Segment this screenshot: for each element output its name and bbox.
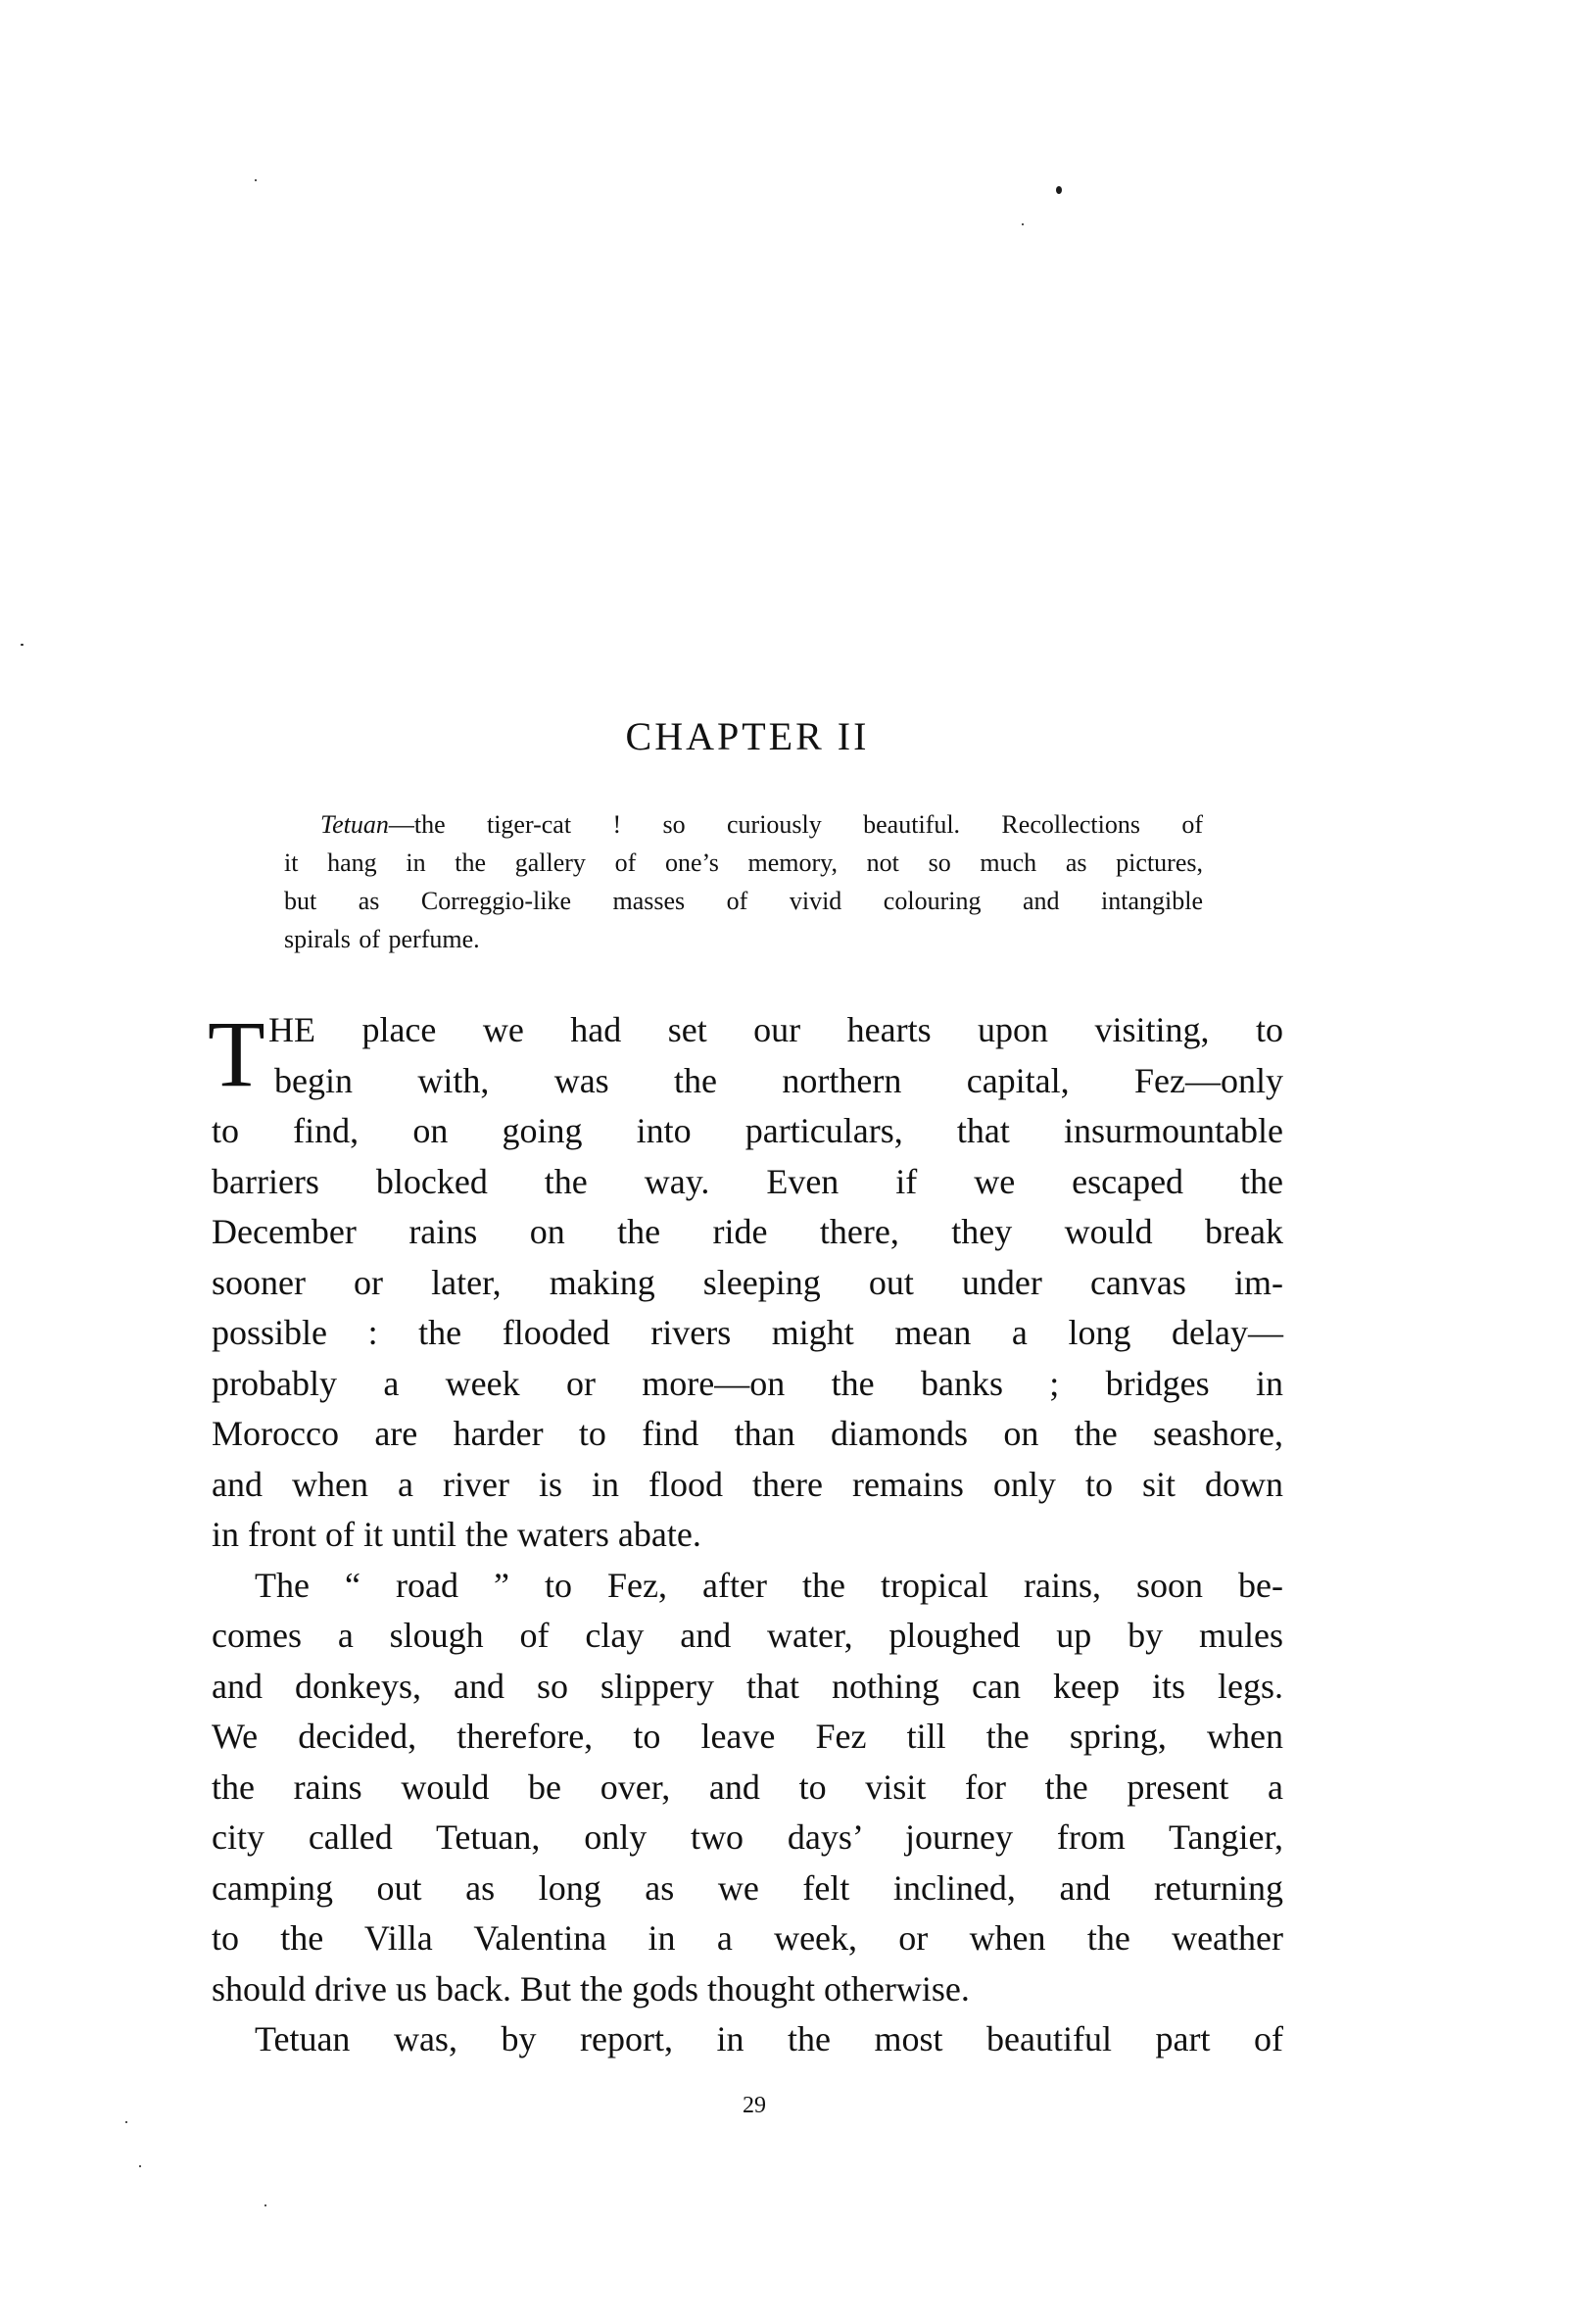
book-page: CHAPTER II Tetuan—the tiger-cat ! so cur… [0, 0, 1584, 2324]
scan-speck [1022, 223, 1024, 225]
body-line: camping out as long as we felt inclined,… [212, 1864, 1283, 1914]
epigraph-line-text: —the tiger-cat ! so curiously beautiful.… [389, 810, 1203, 839]
body-line: The “ road ” to Fez, after the tropical … [212, 1561, 1283, 1612]
scan-speck [21, 644, 24, 646]
body-line: begin with, was the northern capital, Fe… [212, 1056, 1283, 1107]
body-line: probably a week or more—on the banks ; b… [212, 1359, 1283, 1410]
body-line: HE place we had set our hearts upon visi… [212, 1005, 1283, 1056]
scan-speck [1056, 186, 1062, 194]
scan-speck [125, 2121, 127, 2123]
body-line: and when a river is in flood there remai… [212, 1460, 1283, 1511]
chapter-epigraph: Tetuan—the tiger-cat ! so curiously beau… [284, 805, 1203, 958]
epigraph-line: spirals of perfume. [284, 920, 1203, 958]
body-text: T HE place we had set our hearts upon vi… [212, 1005, 1283, 2065]
epigraph-line: but as Correggio-like masses of vivid co… [284, 882, 1203, 920]
scan-speck [264, 2204, 266, 2206]
body-line: sooner or later, making sleeping out und… [212, 1258, 1283, 1309]
body-line: Tetuan was, by report, in the most beaut… [212, 2014, 1283, 2065]
body-line: should drive us back. But the gods thoug… [212, 1964, 1283, 2015]
epigraph-line: it hang in the gallery of one’s memory, … [284, 844, 1203, 882]
body-line: barriers blocked the way. Even if we esc… [212, 1157, 1283, 1208]
page-number: 29 [0, 2093, 1509, 2119]
body-line: possible : the flooded rivers might mean… [212, 1308, 1283, 1359]
body-line: to the Villa Valentina in a week, or whe… [212, 1913, 1283, 1964]
epigraph-lead-italic: Tetuan [320, 810, 389, 839]
body-line: the rains would be over, and to visit fo… [212, 1763, 1283, 1814]
body-line: comes a slough of clay and water, plough… [212, 1611, 1283, 1662]
scan-speck [255, 179, 257, 181]
epigraph-line: Tetuan—the tiger-cat ! so curiously beau… [284, 805, 1203, 844]
body-line: and donkeys, and so slippery that nothin… [212, 1662, 1283, 1713]
body-line: December rains on the ride there, they w… [212, 1207, 1283, 1258]
body-line: Morocco are harder to find than diamonds… [212, 1409, 1283, 1460]
body-line: We decided, therefore, to leave Fez till… [212, 1712, 1283, 1763]
body-line: city called Tetuan, only two days’ journ… [212, 1813, 1283, 1864]
body-line: to find, on going into particulars, that… [212, 1106, 1283, 1157]
drop-cap: T [208, 1007, 265, 1101]
scan-speck [139, 2165, 141, 2167]
chapter-title: CHAPTER II [0, 713, 1495, 760]
body-line: in front of it until the waters abate. [212, 1510, 1283, 1561]
